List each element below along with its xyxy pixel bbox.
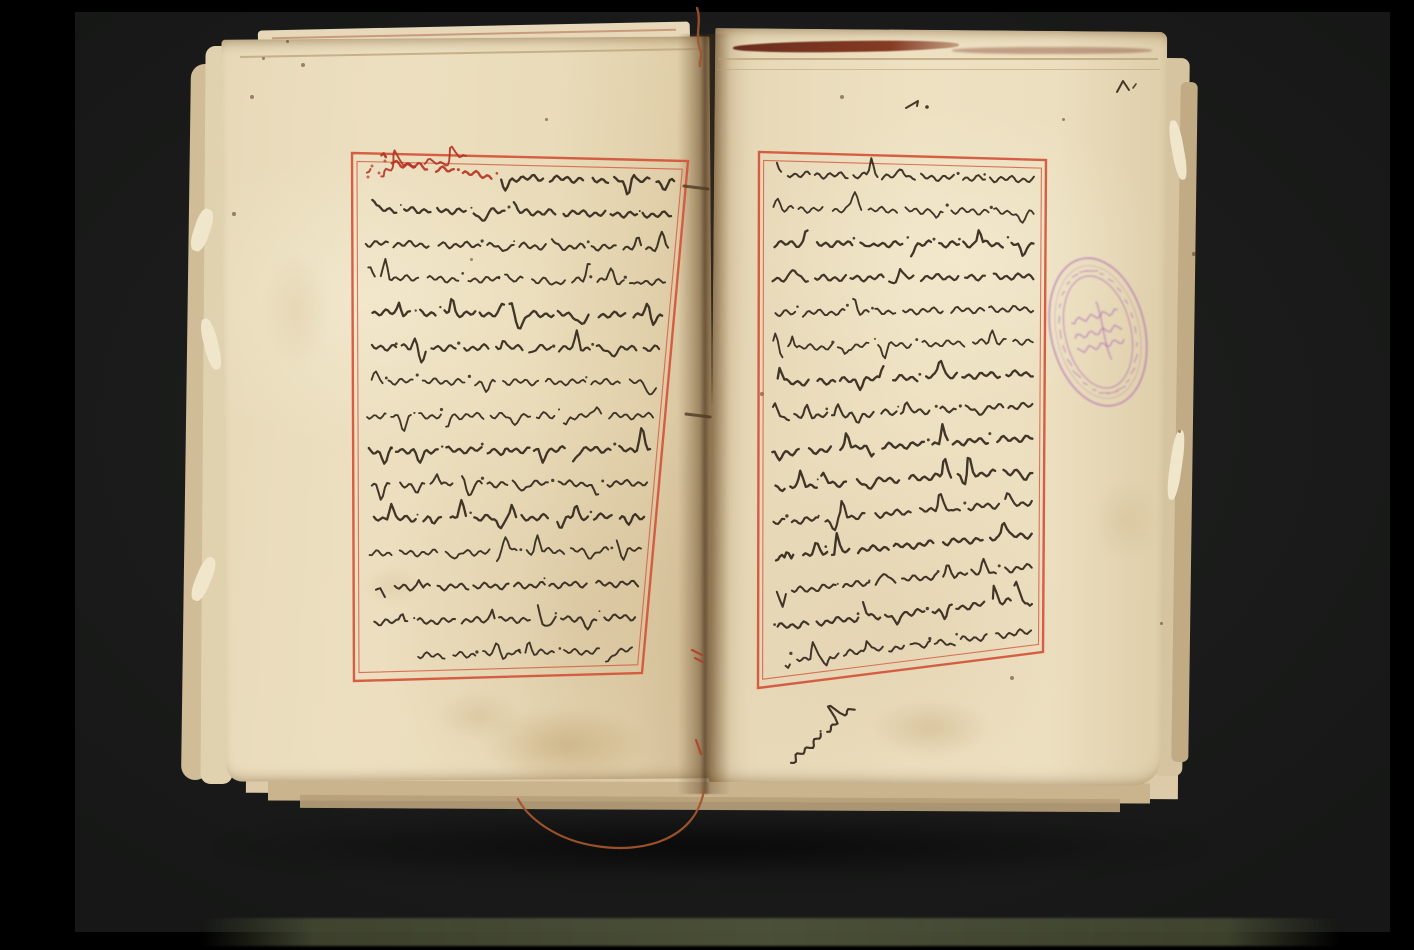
ink-speck <box>545 118 548 121</box>
ink-speck <box>250 95 254 99</box>
ink-speck <box>840 95 844 99</box>
stain-blob <box>848 688 1012 768</box>
page-left <box>221 36 714 781</box>
gutter-fold <box>678 34 730 794</box>
ink-speck <box>1192 252 1196 256</box>
ink-speck <box>1178 430 1181 433</box>
ink-speck <box>470 258 473 261</box>
page-right <box>709 28 1168 786</box>
red-edge-stain <box>952 47 1152 54</box>
book-shadow <box>210 812 1210 882</box>
stain-blob <box>418 682 538 750</box>
page-edge-line <box>716 69 1160 70</box>
page-edge-line <box>718 58 1158 60</box>
ink-speck <box>760 392 764 396</box>
ink-speck <box>232 212 236 216</box>
ink-speck <box>1010 676 1014 680</box>
stain-blob <box>351 560 431 612</box>
table-edge <box>200 918 1340 946</box>
ink-speck <box>286 40 289 43</box>
stain-blob <box>1080 464 1172 576</box>
stain-blob <box>250 230 342 390</box>
